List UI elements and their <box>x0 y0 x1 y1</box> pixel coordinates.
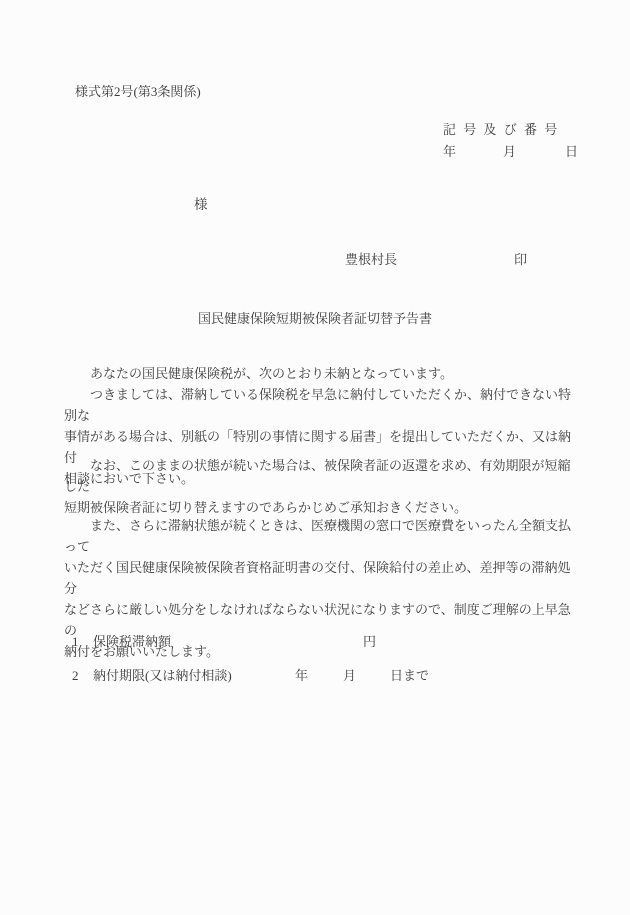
paragraph-unpaid-notice: あなたの国民健康保険税が、次のとおり未納となっています。 <box>64 363 572 384</box>
symbol-and-number-label: 記 号 及 び 番 号 <box>443 122 559 137</box>
addressee-honorific: 様 <box>194 197 208 212</box>
item2-label-payment-deadline: 納付期限(又は納付相談) <box>93 668 232 683</box>
item1-yen-unit-label: 円 <box>363 634 376 649</box>
header-date-day-label: 日 <box>565 144 578 159</box>
sender-mayor-title: 豊根村長 <box>345 252 397 267</box>
notice-document-page: 様式第2号(第3条関係) 記 号 及 び 番 号 年 月 日 様 豊根村長 印 … <box>0 0 630 915</box>
document-title: 国民健康保険短期被保険者証切替予告書 <box>0 311 630 326</box>
item2-number: 2 <box>72 668 79 683</box>
item-arrears-amount-row: 1 保険税滞納額 円 <box>0 634 630 652</box>
form-number: 様式第2号(第3条関係) <box>75 84 201 99</box>
item1-label-arrears-amount: 保険税滞納額 <box>93 634 171 649</box>
item2-month-label: 月 <box>343 668 356 683</box>
paragraph-short-term-card-warning: なお、このままの状態が続いた場合は、被保険者証の返還を求め、有効期限が短縮した … <box>64 455 572 518</box>
item2-year-label: 年 <box>295 668 308 683</box>
header-date-month-label: 月 <box>503 144 516 159</box>
seal-placeholder: 印 <box>514 252 527 267</box>
item1-number: 1 <box>72 634 79 649</box>
header-date-year-label: 年 <box>443 144 456 159</box>
item-payment-deadline-row: 2 納付期限(又は納付相談) 年 月 日まで <box>0 668 630 686</box>
item2-day-until-label: 日まで <box>390 668 429 683</box>
